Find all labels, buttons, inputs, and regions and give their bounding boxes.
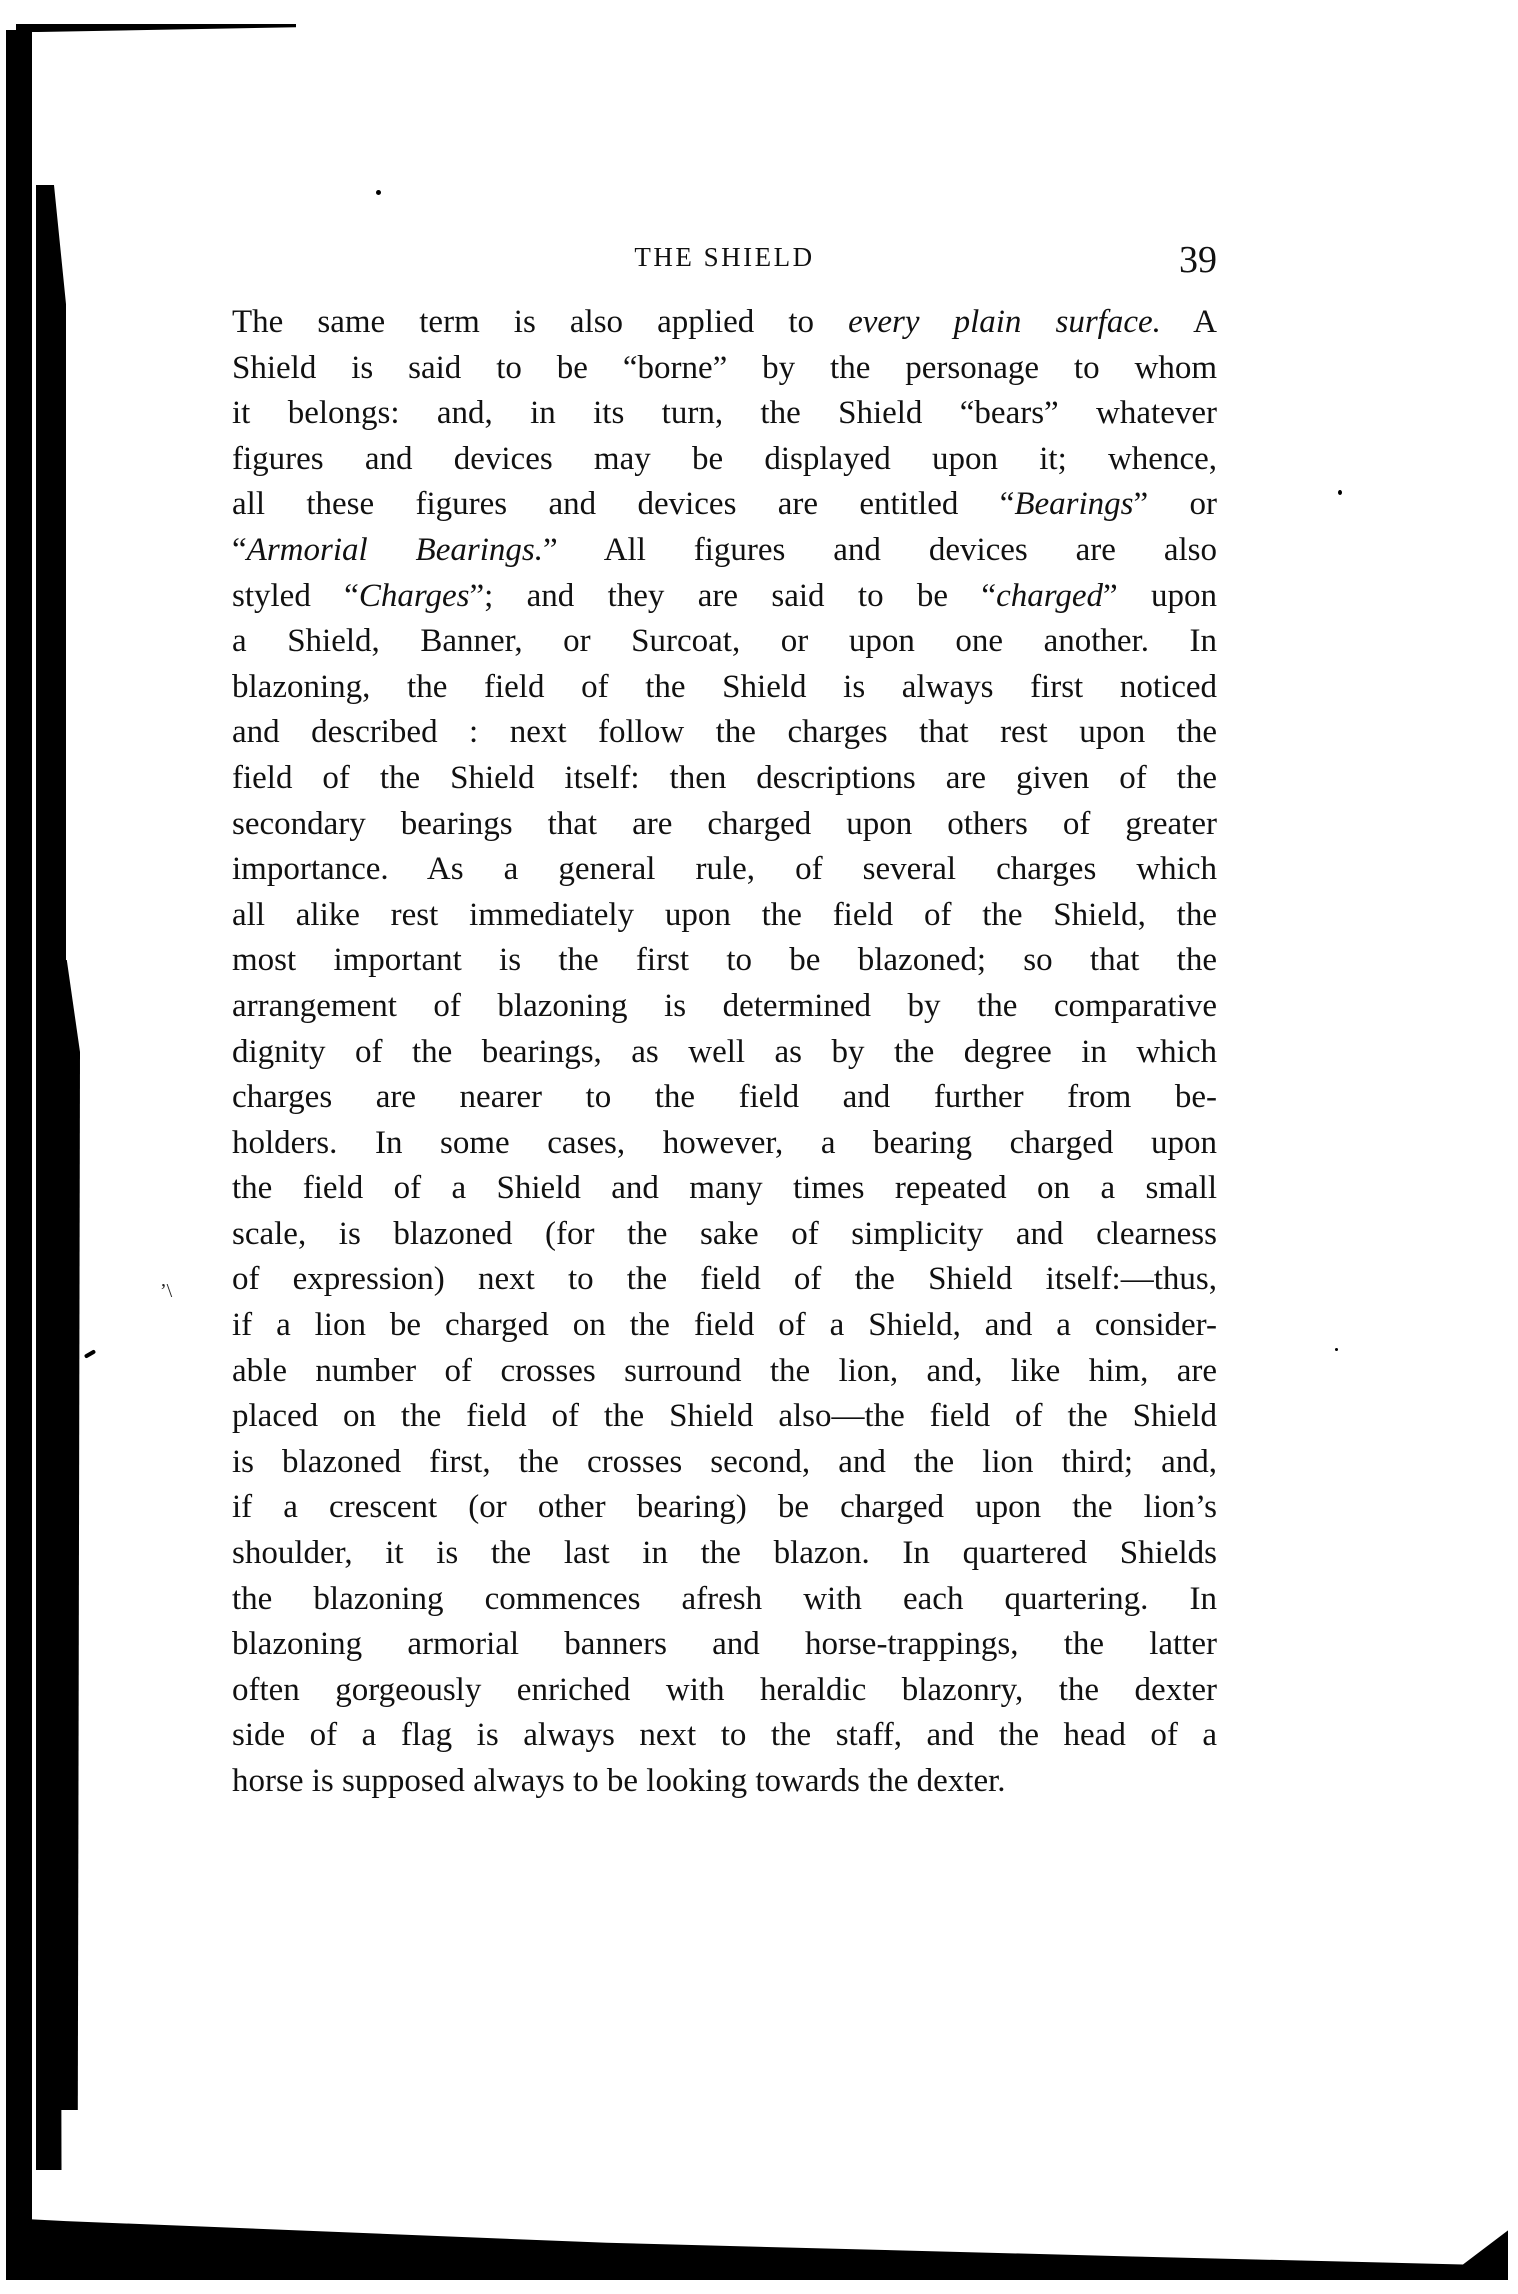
scan-speck <box>1335 1348 1338 1351</box>
scan-binding-edge <box>6 30 32 2260</box>
running-head: THE SHIELD 39 <box>232 242 1217 282</box>
text-run: often gorgeously enriched with heraldic … <box>232 1672 1217 1708</box>
text-line: if a crescent (or other bearing) be char… <box>232 1485 1217 1531</box>
text-run: Shield is said to be “borne” by the pers… <box>232 350 1217 386</box>
text-line: importance. As a general rule, of severa… <box>232 847 1217 893</box>
text-run: blazoning armorial banners and horse-tra… <box>232 1626 1217 1662</box>
text-run: blazoning, the field of the Shield is al… <box>232 669 1217 705</box>
text-run: if a lion be charged on the field of a S… <box>232 1307 1217 1343</box>
text-run: holders. In some cases, however, a beari… <box>232 1125 1217 1161</box>
margin-pencil-mark: ’\ <box>160 1280 172 1303</box>
text-line: able number of crosses surround the lion… <box>232 1349 1217 1395</box>
text-run: field of the Shield itself: then descrip… <box>232 760 1217 796</box>
text-run: figures and devices may be displayed upo… <box>232 441 1217 477</box>
text-run: importance. As a general rule, of severa… <box>232 851 1217 887</box>
text-run: most important is the first to be blazon… <box>232 942 1217 978</box>
text-line: it belongs: and, in its turn, the Shield… <box>232 391 1217 437</box>
text-run: The same term is also applied to <box>232 304 848 340</box>
text-line: styled “Charges”; and they are said to b… <box>232 574 1217 620</box>
text-line: most important is the first to be blazon… <box>232 938 1217 984</box>
text-run: ” upon <box>1103 578 1217 614</box>
scan-speck <box>84 1349 96 1358</box>
text-run: ” All figures and devices are also <box>543 532 1217 568</box>
scan-border-top <box>16 24 296 32</box>
text-run: all alike rest immediately upon the fiel… <box>232 897 1217 933</box>
text-run: A <box>1161 304 1217 340</box>
text-run: ” or <box>1134 486 1217 522</box>
italic-term: Bearings <box>1014 486 1133 522</box>
text-run: side of a flag is always next to the sta… <box>232 1717 1217 1753</box>
text-line: “Armorial Bearings.” All figures and dev… <box>232 528 1217 574</box>
text-run: shoulder, it is the last in the blazon. … <box>232 1535 1217 1571</box>
text-run: placed on the field of the Shield also—t… <box>232 1398 1217 1434</box>
text-run: if a crescent (or other bearing) be char… <box>232 1489 1217 1525</box>
text-line: the field of a Shield and many times rep… <box>232 1166 1217 1212</box>
body-paragraph: The same term is also applied to every p… <box>232 300 1217 1805</box>
page-number: 39 <box>1179 238 1217 282</box>
text-line: horse is supposed always to be looking t… <box>232 1759 1217 1805</box>
italic-term: Charges <box>359 578 470 614</box>
text-line: scale, is blazoned (for the sake of simp… <box>232 1212 1217 1258</box>
text-line: arrangement of blazoning is determined b… <box>232 984 1217 1030</box>
scan-speck <box>376 190 381 195</box>
text-line: holders. In some cases, however, a beari… <box>232 1121 1217 1167</box>
text-line: and described : next follow the charges … <box>232 710 1217 756</box>
scan-binding-shadow-lower <box>36 960 80 2110</box>
text-run: charges are nearer to the field and furt… <box>232 1079 1217 1115</box>
text-run: arrangement of blazoning is determined b… <box>232 988 1217 1024</box>
text-line: the blazoning commences afresh with each… <box>232 1577 1217 1623</box>
text-line: The same term is also applied to every p… <box>232 300 1217 346</box>
text-line: side of a flag is always next to the sta… <box>232 1713 1217 1759</box>
text-run: scale, is blazoned (for the sake of simp… <box>232 1216 1217 1252</box>
text-run: all these figures and devices are entitl… <box>232 486 1014 522</box>
italic-term: Armorial Bearings. <box>247 532 543 568</box>
text-run: ”; and they are said to be “ <box>469 578 996 614</box>
text-line: field of the Shield itself: then descrip… <box>232 756 1217 802</box>
text-line: secondary bearings that are charged upon… <box>232 802 1217 848</box>
text-run: is blazoned first, the crosses second, a… <box>232 1444 1217 1480</box>
text-run: of expression) next to the field of the … <box>232 1261 1217 1297</box>
text-line: if a lion be charged on the field of a S… <box>232 1303 1217 1349</box>
scan-border-bottom <box>6 2218 1508 2280</box>
text-line: often gorgeously enriched with heraldic … <box>232 1668 1217 1714</box>
text-line: dignity of the bearings, as well as by t… <box>232 1030 1217 1076</box>
text-line: all alike rest immediately upon the fiel… <box>232 893 1217 939</box>
text-run: and described : next follow the charges … <box>232 714 1217 750</box>
text-run: secondary bearings that are charged upon… <box>232 806 1217 842</box>
running-head-title: THE SHIELD <box>232 242 1217 273</box>
text-run: the blazoning commences afresh with each… <box>232 1581 1217 1617</box>
text-run: “ <box>232 532 247 568</box>
text-line: blazoning, the field of the Shield is al… <box>232 665 1217 711</box>
italic-term: every plain surface. <box>848 304 1161 340</box>
text-line: shoulder, it is the last in the blazon. … <box>232 1531 1217 1577</box>
text-run: dignity of the bearings, as well as by t… <box>232 1034 1217 1070</box>
text-line: all these figures and devices are entitl… <box>232 482 1217 528</box>
text-run: styled “ <box>232 578 359 614</box>
text-run: the field of a Shield and many times rep… <box>232 1170 1217 1206</box>
text-run: a Shield, Banner, or Surcoat, or upon on… <box>232 623 1217 659</box>
text-line: a Shield, Banner, or Surcoat, or upon on… <box>232 619 1217 665</box>
text-run: able number of crosses surround the lion… <box>232 1353 1217 1389</box>
scan-speck <box>1338 490 1342 495</box>
text-run: horse is supposed always to be looking t… <box>232 1763 1006 1799</box>
text-line: Shield is said to be “borne” by the pers… <box>232 346 1217 392</box>
text-line: figures and devices may be displayed upo… <box>232 437 1217 483</box>
italic-term: charged <box>996 578 1103 614</box>
text-run: it belongs: and, in its turn, the Shield… <box>232 395 1217 431</box>
text-line: charges are nearer to the field and furt… <box>232 1075 1217 1121</box>
text-line: is blazoned first, the crosses second, a… <box>232 1440 1217 1486</box>
text-line: placed on the field of the Shield also—t… <box>232 1394 1217 1440</box>
text-line: of expression) next to the field of the … <box>232 1257 1217 1303</box>
text-line: blazoning armorial banners and horse-tra… <box>232 1622 1217 1668</box>
scanned-book-page: ’\ THE SHIELD 39 The same term is also a… <box>0 0 1518 2294</box>
